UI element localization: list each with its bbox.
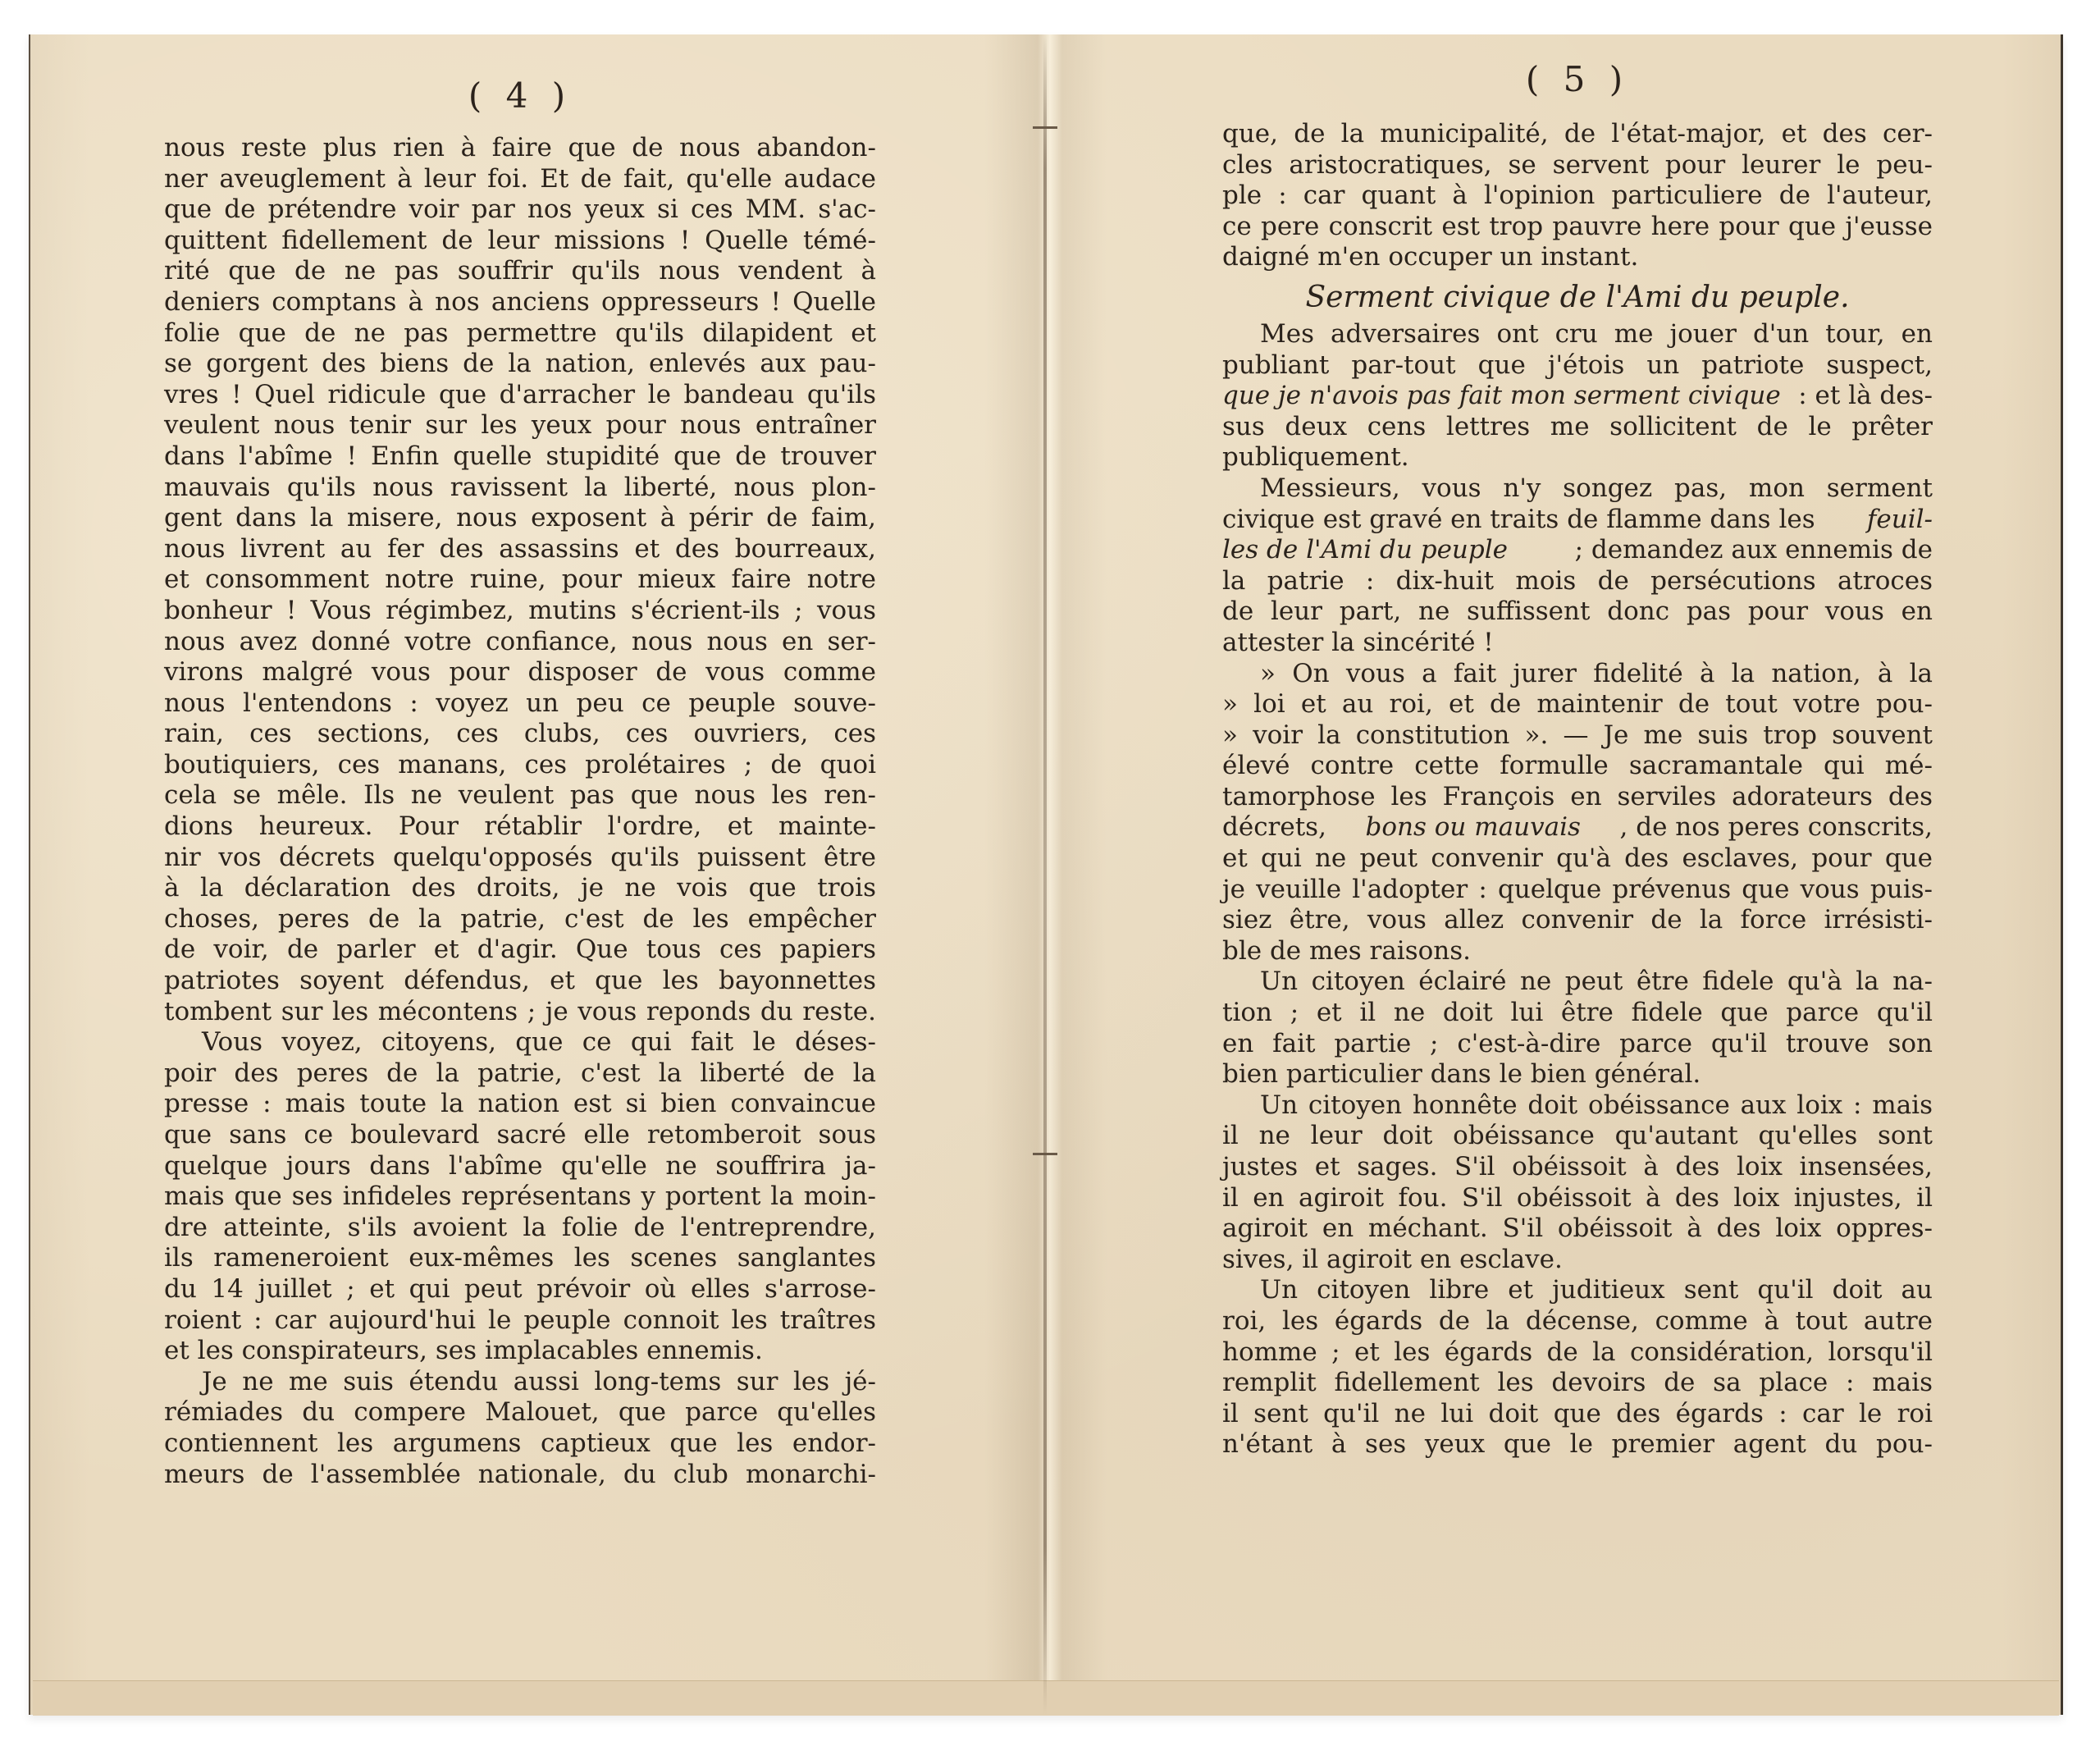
text-line-mixed: civique est gravé en traits de flamme da… (1222, 505, 1933, 536)
text-line: veulent nous tenir sur les yeux pour nou… (164, 410, 876, 441)
paragraph-start-line: Un citoyen libre et juditieux sent qu'il… (1222, 1275, 1933, 1306)
paragraph-end-line: bien particulier dans le bien général. (1222, 1059, 1933, 1090)
text-line: justes et sages. S'il obéissoit à des lo… (1222, 1152, 1933, 1183)
text-line: dans l'abîme ! Enfin quelle stupidité qu… (164, 441, 876, 473)
text-line: nous avez donné votre confiance, nous no… (164, 627, 876, 658)
italic-phrase: feuil- (1867, 505, 1933, 536)
text-line: agiroit en méchant. S'il obéissoit à des… (1222, 1213, 1933, 1245)
text-fragment: décrets, (1222, 812, 1326, 843)
paragraph-start-line: Messieurs, vous n'y songez pas, mon serm… (1222, 473, 1933, 505)
text-line: remplit fidellement les devoirs de sa pl… (1222, 1368, 1933, 1399)
paragraph-start-line: Un citoyen éclairé ne peut être fidele q… (1222, 967, 1933, 998)
text-line: du 14 juillet ; et qui peut prévoir où e… (164, 1274, 876, 1305)
text-line: que sans ce boulevard sacré elle retombe… (164, 1120, 876, 1151)
paragraph-start-line: Vous voyez, citoyens, que ce qui fait le… (164, 1027, 876, 1058)
text-line: publiant par-tout que j'étois un patriot… (1222, 350, 1933, 382)
italic-phrase: que je n'avois pas fait mon serment civi… (1222, 381, 1781, 412)
text-line: rité que de ne pas souffrir qu'ils nous … (164, 256, 876, 287)
text-line: il ne leur doit obéissance qu'autant qu'… (1222, 1121, 1933, 1152)
paragraph-end-line: et les conspirateurs, ses implacables en… (164, 1336, 876, 1367)
text-line: folie que de ne pas permettre qu'ils dil… (164, 318, 876, 350)
text-line: dions heureux. Pour rétablir l'ordre, et… (164, 811, 876, 843)
text-line-mixed: décrets, bons ou mauvais, de nos peres c… (1222, 812, 1933, 843)
text-line: la patrie : dix-huit mois de persécution… (1222, 566, 1933, 597)
text-line: gent dans la misere, nous exposent à pér… (164, 503, 876, 534)
text-line: se gorgent des biens de la nation, enlev… (164, 349, 876, 380)
page-number-4: ( 4 ) (164, 75, 876, 116)
text-line: cela se mêle. Ils ne veulent pas que nou… (164, 780, 876, 811)
italic-phrase: les de l'Ami du peuple (1222, 535, 1508, 566)
text-line: patriotes soyent défendus, et que les ba… (164, 966, 876, 997)
paragraph-start-line: Mes adversaires ont cru me jouer d'un to… (1222, 319, 1933, 350)
text-line: tamorphose les François en serviles ador… (1222, 782, 1933, 813)
page-gutter-fold (1043, 34, 1047, 1715)
text-line: vres ! Quel ridicule que d'arracher le b… (164, 380, 876, 411)
section-heading: Serment civique de l'Ami du peuple. (1222, 277, 1933, 318)
text-line: que, de la municipalité, de l'état-major… (1222, 119, 1933, 150)
text-line: en fait partie ; c'est-à-dire parce qu'i… (1222, 1029, 1933, 1060)
text-line: bonheur ! Vous régimbez, mutins s'écrien… (164, 596, 876, 627)
text-line: virons malgré vous pour disposer de vous… (164, 657, 876, 688)
text-line: homme ; et les égards de la considératio… (1222, 1337, 1933, 1369)
text-line: contiennent les argumens captieux que le… (164, 1428, 876, 1460)
paragraph-end-line: ble de mes raisons. (1222, 936, 1933, 967)
text-line: je veuille l'adopter : quelque prévenus … (1222, 875, 1933, 906)
text-line: ner aveuglement à leur foi. Et de fait, … (164, 164, 876, 195)
text-line: quittent fidellement de leur missions ! … (164, 226, 876, 257)
text-line: sus deux cens lettres me sollicitent de … (1222, 412, 1933, 443)
text-fragment: : et là des- (1798, 381, 1933, 412)
text-line: » loi et au roi, et de maintenir de tout… (1222, 689, 1933, 720)
text-line: boutiquiers, ces manans, ces prolétaires… (164, 750, 876, 781)
text-line: deniers comptans à nos anciens oppresseu… (164, 287, 876, 318)
text-line: il en agiroit fou. S'il obéissoit à des … (1222, 1183, 1933, 1214)
left-page-body: nous reste plus rien à faire que de nous… (164, 133, 876, 1490)
text-line: que de prétendre voir par nos yeux si ce… (164, 194, 876, 226)
text-line: il sent qu'il ne lui doit que des égards… (1222, 1399, 1933, 1430)
text-line: rémiades du compere Malouet, que parce q… (164, 1397, 876, 1428)
text-line: quelque jours dans l'abîme qu'elle ne so… (164, 1151, 876, 1182)
text-line: » voir la constitution ». — Je me suis t… (1222, 720, 1933, 752)
text-line: rain, ces sections, ces clubs, ces ouvri… (164, 719, 876, 750)
text-line: roient : car aujourd'hui le peuple conno… (164, 1305, 876, 1337)
text-line: de voir, de parler et d'agir. Que tous c… (164, 935, 876, 966)
text-line: poir des peres de la patrie, c'est la li… (164, 1058, 876, 1090)
text-line-mixed: que je n'avois pas fait mon serment civi… (1222, 381, 1933, 412)
binding-stitch-bottom (1033, 1153, 1057, 1155)
text-line: nous l'entendons : voyez un peu ce peupl… (164, 688, 876, 720)
paragraph-start-line: Un citoyen honnête doit obéissance aux l… (1222, 1090, 1933, 1122)
text-line: nous livrent au fer des assassins et des… (164, 534, 876, 565)
text-line: mauvais qu'ils nous ravissent la liberté… (164, 473, 876, 504)
text-line: mais que ses infideles représentans y po… (164, 1181, 876, 1213)
binding-stitch-top (1033, 126, 1057, 129)
italic-phrase: bons ou mauvais (1366, 812, 1581, 843)
text-line: et consomment notre ruine, pour mieux fa… (164, 564, 876, 596)
paragraph-start-line: » On vous a fait jurer fidelité à la nat… (1222, 659, 1933, 690)
text-line: roi, les égards de la décense, comme à t… (1222, 1306, 1933, 1337)
text-line: meurs de l'assemblée nationale, du club … (164, 1460, 876, 1491)
text-line: tion ; et il ne doit lui être fidele que… (1222, 998, 1933, 1029)
paragraph-end-line: publiquement. (1222, 442, 1933, 473)
text-line: n'étant à ses yeux que le premier agent … (1222, 1429, 1933, 1460)
paragraph-end-line: daigné m'en occuper un instant. (1222, 242, 1933, 273)
text-fragment: , de nos peres conscrits, (1620, 812, 1933, 843)
text-line: nous reste plus rien à faire que de nous… (164, 133, 876, 164)
paragraph-end-line: attester la sincérité ! (1222, 628, 1933, 659)
text-line: choses, peres de la patrie, c'est de les… (164, 904, 876, 935)
text-line-mixed: les de l'Ami du peuple ; demandez aux en… (1222, 535, 1933, 566)
right-page-body: que, de la municipalité, de l'état-major… (1222, 119, 1933, 1460)
paragraph-start-line: Je ne me suis étendu aussi long-tems sur… (164, 1367, 876, 1398)
text-line: cles aristocratiques, se servent pour le… (1222, 150, 1933, 181)
page-number-5: ( 5 ) (1222, 59, 1933, 99)
text-fragment: civique est gravé en traits de flamme da… (1222, 505, 1815, 536)
text-line: de leur part, ne suffissent donc pas pou… (1222, 596, 1933, 628)
text-line: à la déclaration des droits, je ne vois … (164, 873, 876, 904)
text-line: nir vos décrets quelqu'opposés qu'ils pu… (164, 843, 876, 874)
text-line: élevé contre cette formulle sacramantale… (1222, 751, 1933, 782)
text-line: et qui ne peut convenir qu'à des esclave… (1222, 843, 1933, 875)
text-line: ils rameneroient eux-mêmes les scenes sa… (164, 1243, 876, 1274)
text-line: presse : mais toute la nation est si bie… (164, 1089, 876, 1120)
text-line: siez être, vous allez convenir de la for… (1222, 905, 1933, 936)
text-line: dre atteinte, s'ils avoient la folie de … (164, 1213, 876, 1244)
text-line: ce pere conscrit est trop pauvre here po… (1222, 212, 1933, 243)
text-fragment: ; demandez aux ennemis de (1575, 535, 1933, 566)
text-line: ple : car quant à l'opinion particuliere… (1222, 181, 1933, 212)
text-line: tombent sur les mécontens ; je vous repo… (164, 997, 876, 1028)
paragraph-end-line: sives, il agiroit en esclave. (1222, 1245, 1933, 1276)
